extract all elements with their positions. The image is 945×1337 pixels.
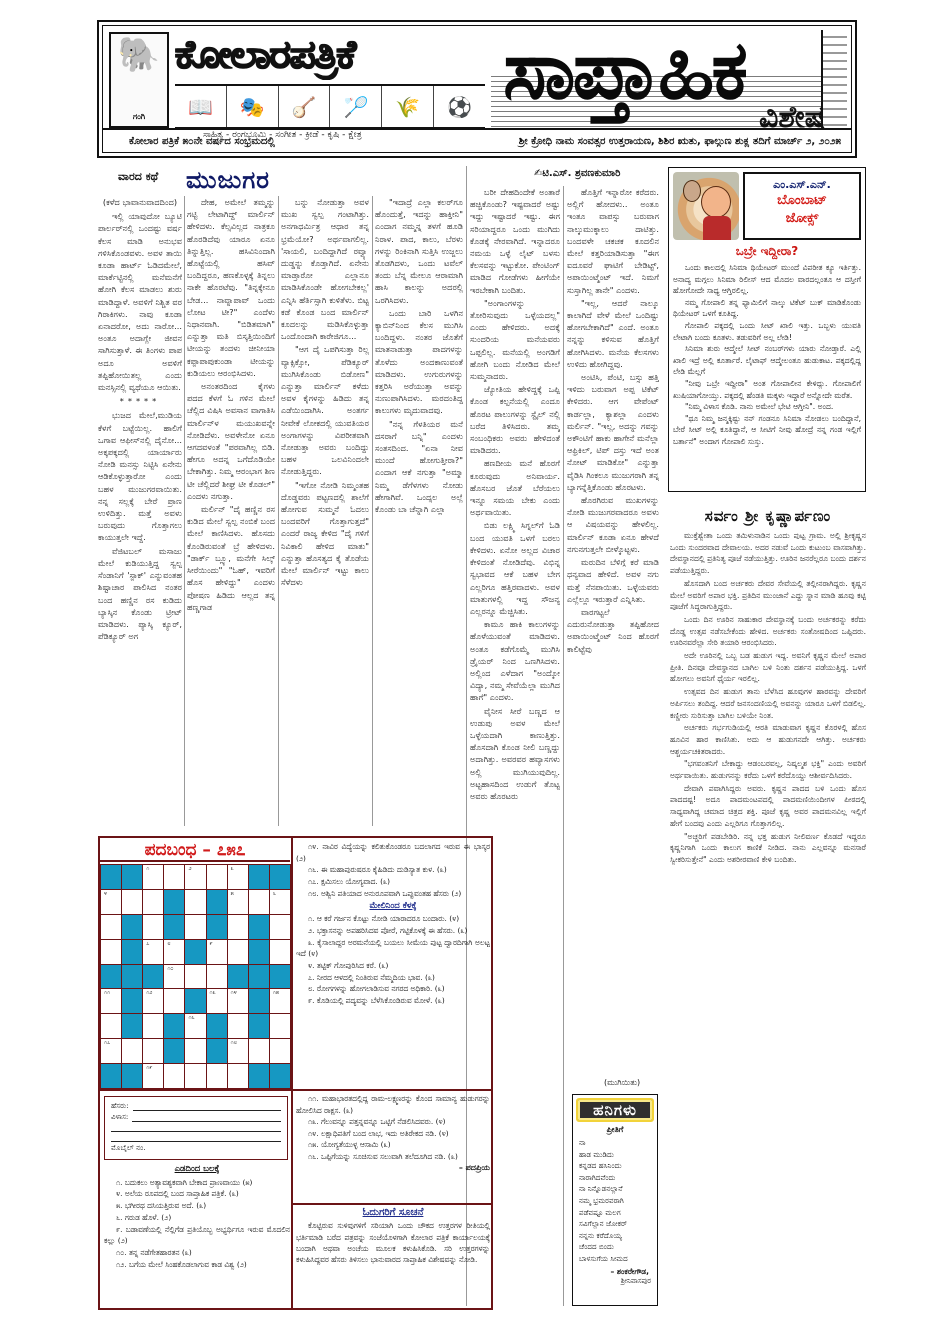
clue-number: ೧೬ bbox=[188, 1015, 194, 1022]
clue-number: ೧೧ bbox=[104, 990, 110, 997]
name-label: ಹೆಸರು: bbox=[111, 1100, 129, 1111]
crossword-block-cell bbox=[249, 1014, 270, 1039]
crossword-block-cell bbox=[164, 1039, 185, 1064]
clue-down: ೧೬. ಒಪ್ಪಿಗೆಯನ್ನು ಸೂಚಿಸುವ ಸಲುವಾಗಿ ತಲೆದೂಗಿ… bbox=[296, 1151, 490, 1163]
paragraph: ಬನ್ನು ನೋಡುತ್ತಾ ಅವಳ ಮುಖ ಸ್ವಲ್ಪ ಗಂಟಾಗಿತ್ತು… bbox=[281, 196, 369, 342]
poem-line: ಪಡೆವಷ್ಟೂ ಮಲಗ bbox=[579, 1207, 651, 1219]
crossword-cell[interactable] bbox=[270, 915, 291, 940]
story-byline: ✍ಟಿ.ಎಸ್. ಶ್ರವಣಕುಮಾರಿ bbox=[534, 168, 620, 179]
crossword-cell[interactable]: ೮ bbox=[164, 940, 185, 965]
crossword-block-cell bbox=[101, 865, 122, 890]
clue-across: ೧೬. ಈ ಮಹಾಪುರುಷರೂ ಕೈಹಿಡಿದು ದುಡಿಸ್ಯಾತ ಕುಳ.… bbox=[296, 864, 490, 876]
caricature-image bbox=[673, 172, 739, 240]
clue-across: ೧. ಬದುಕಲು ಅತ್ಯಾವಶ್ಯಕವಾಗಿ ಬೇಕಾದ ಪ್ರಾಣವಾಯು… bbox=[104, 1177, 290, 1189]
clue-down: ೩. ಕೈಸಾಲಾದ್ದರ ಅರಮನೆಯಲ್ಲಿ ಬಯಲು ಸೀಮೆಯ ಪುಟ್… bbox=[296, 937, 490, 960]
paragraph: "ಅಚ್ಚರಿಗೆ ಪಡಬೇಡಿರಿ. ನನ್ನ ಭಕ್ತ ಹುಡುಗ ನೀಲಿ… bbox=[670, 831, 866, 866]
masthead: 🐘 ಗಂಗಿ ಕೋಲಾರಪತ್ರಿಕೆ 📖 🎭 🪕 🏸 🌾 ⚽ ಸಾಹಿತ್ಯ … bbox=[97, 20, 857, 158]
crossword-cell[interactable] bbox=[164, 989, 185, 1014]
crossword-cell[interactable] bbox=[164, 1064, 185, 1089]
crossword-cell[interactable] bbox=[207, 965, 228, 990]
crossword-cell[interactable] bbox=[270, 940, 291, 965]
crossword-cell[interactable] bbox=[207, 865, 228, 890]
clue-number: ೧೦ bbox=[167, 966, 173, 973]
translator-note: (ಕಳೆದ ಭಾವಾನುವಾದದಿಂದ) bbox=[98, 196, 182, 208]
elephant-logo: 🐘 ಗಂಗಿ bbox=[109, 32, 169, 128]
crossword-cell[interactable] bbox=[228, 940, 249, 965]
paragraph: ಹೊರಗಿರುವ ಮುಖಗಳನ್ನು ನೋಡಿ ಮುಜುಗರವಾದರೂ ಅವಳು… bbox=[567, 494, 659, 555]
crossword-cell[interactable]: ೧೮ bbox=[228, 1039, 249, 1064]
crossword-cell[interactable]: ೫ bbox=[228, 890, 249, 915]
crossword-cell[interactable] bbox=[228, 1014, 249, 1039]
clue-number: ೩ bbox=[231, 866, 234, 873]
crossword-cell[interactable] bbox=[143, 915, 164, 940]
theatre-masks-icon: 🎭 bbox=[227, 86, 279, 127]
crossword-block-cell bbox=[249, 865, 270, 890]
paragraph: "ಅಂಗಾಂಗಳನ್ನು ತೋರಿಸುವುದು ಒಳ್ಳೆಯದಲ್ಲ" ಎಂದು… bbox=[470, 297, 560, 382]
crossword-block-cell bbox=[164, 890, 185, 915]
clue-down: ೧೪. ಲಕ್ಷಾಧಿಪತಿಗೆ ಬಂದ ಲಾಭ, ಇದು ಅತಿರೇಕದ ನಡ… bbox=[296, 1128, 490, 1140]
crossword-lower-divider bbox=[291, 1091, 293, 1308]
jokes-column-name: ಬೊಂಬಾಟ್ bbox=[745, 192, 859, 210]
poem-heading: ಹನಿಗಳು bbox=[576, 1098, 654, 1122]
section-label: ವಾರದ ಕಥೆ bbox=[118, 170, 158, 184]
clue-down: ೨. ಭಕ್ತಾಸನನ್ನು ಅಪಹರಿಸಿದವ ಪೋರೆ, ಗಟ್ಟಿಕೊಳಕ… bbox=[296, 925, 490, 937]
crossword-cell[interactable]: ೨ bbox=[185, 865, 206, 890]
crossword-block-cell bbox=[249, 965, 270, 990]
crossword-grid[interactable]: ೧೨೩೪೫೬೭೮೯೧೦೧೧೧೨೧೩೧೪೧೫೧೬೧೭೧೮೧೯ bbox=[100, 864, 291, 1089]
crossword-cell[interactable] bbox=[270, 1014, 291, 1039]
clue-across: ೧೮. ಅಶ್ವಿನಿ ಪತಿಯಾದ ಅನುರೂಪವಾಗಿ ಒಪ್ಪುವಂತಹ … bbox=[296, 888, 490, 900]
crossword-cell[interactable] bbox=[185, 915, 206, 940]
paragraph: ಮರ್ಲಿನ್ "ದೈ ಹಣ್ಣಿನ ರಸ ಕುಡಿದ ಮೇಲೆ ಸ್ವಲ್ಪ … bbox=[187, 503, 275, 613]
jokes-title-box: ಎಂ.ಎಸ್.ಎನ್. ಬೊಂಬಾಟ್ ಜೋಕ್ಸ್ bbox=[743, 172, 861, 240]
column-rule bbox=[372, 196, 373, 826]
crossword-block-cell bbox=[249, 1064, 270, 1089]
paragraph: ಗೋಪಾಲಿ ಪಕ್ಕದಲ್ಲಿ ಒಂದು ಸೀಟ್ ಖಾಲಿ ಇತ್ತು. ಒ… bbox=[673, 320, 861, 343]
crossword-clues-across: ಎಡದಿಂದ ಬಲಕ್ಕೆ ೧. ಬದುಕಲು ಅತ್ಯಾವಶ್ಯಕವಾಗಿ ಬ… bbox=[104, 1163, 290, 1306]
clue-across: ೧೭. ಕ್ಷಮಿಸಲು ಯೋಗ್ಯವಾದ. (೩) bbox=[296, 876, 490, 888]
notice-text: ಕೊಟ್ಟಿರುವ ಸುಳಿವುಗಳಿಗೆ ಸರಿಯಾಗಿ ಒಂದು ಚೌಕದ … bbox=[296, 1220, 490, 1265]
jokes-author: ಎಂ.ಎಸ್.ಎನ್. bbox=[745, 178, 859, 192]
caricature-face-back bbox=[683, 180, 701, 202]
paragraph: "ಇದಾದ್ರೆ ಎಲ್ಲಾ ಕಲರ್‌ಗೂ ಹೊಂದುತ್ತೆ, ಇದನ್ನು… bbox=[375, 196, 463, 306]
clue-across: ೧೨. ಬಗೆಯ ಮೇಲೆ ಸಿಂಹಕೊಡಲಾಗುವ ಕಾಡ ವಿಶ್ವ (೨) bbox=[104, 1259, 290, 1271]
crossword-block-cell bbox=[122, 989, 143, 1014]
clue-number: ೧೮ bbox=[231, 1040, 237, 1047]
masthead-frame: 🐘 ಗಂಗಿ ಕೋಲಾರಪತ್ರಿಕೆ 📖 🎭 🪕 🏸 🌾 ⚽ ಸಾಹಿತ್ಯ … bbox=[102, 25, 852, 153]
poem-line: ನಮ್ಮ ಭ್ರಮರವರಾಗಿ bbox=[579, 1195, 651, 1207]
name-input-line[interactable] bbox=[133, 1103, 281, 1111]
clue-down: ೭. ನೀರದ ಆಳದಲ್ಲಿ ನಿಂತಿರುವ ನೆಮ್ಮದಿಯ ಭಾವ. (… bbox=[296, 972, 490, 984]
paragraph: ಹಣದೀಯ ಮನೆ ಹೊರಗೆ ಕೂರುವುದು ಅನಿವಾರ್ಯ. ಹೊಸಬರ… bbox=[470, 457, 560, 518]
clue-number: ೧ bbox=[146, 866, 149, 873]
crossword-block-cell bbox=[270, 865, 291, 890]
crossword-cell[interactable] bbox=[164, 865, 185, 890]
crossword-cell[interactable]: ೧೩ bbox=[207, 989, 228, 1014]
crossword-cell[interactable]: ೬ bbox=[270, 890, 291, 915]
address-input-line-2[interactable] bbox=[111, 1122, 281, 1132]
crossword-block-cell bbox=[122, 1064, 143, 1089]
paragraph: ಒಂದು ಬಾರಿ ಒಳಗಿನ ಕ್ಯಾಬಿನ್‌ನಿಂದ ಕೆಲಸ ಮುಗಿಸ… bbox=[375, 307, 463, 417]
crossword-block-cell bbox=[249, 915, 270, 940]
crossword-block-cell bbox=[122, 1014, 143, 1039]
paragraph: ವೆಜಿಟಬಲ್ ಮಸಾಜು ಮೇಲೆ ಕುಡಿಯುತ್ತಿದ್ದ ಸ್ವಲ್ಪ… bbox=[98, 545, 182, 643]
crossword-block-cell bbox=[122, 940, 143, 965]
jokes-column-name-2: ಜೋಕ್ಸ್ bbox=[745, 210, 859, 228]
crossword-block-cell bbox=[207, 1014, 228, 1039]
poem-line: ನಾ bbox=[579, 1137, 651, 1149]
crossword-block-cell bbox=[207, 1039, 228, 1064]
notice-title: ಓದುಗರಿಗೆ ಸೂಚನೆ bbox=[296, 1207, 490, 1218]
crossword-cell[interactable] bbox=[207, 1064, 228, 1089]
clue-down: ೯. ಕೊಡಿಯಲ್ಲಿ ಪದ್ಯವನ್ನು ಬೆಳೆಸಿಕೊಂಡಿರುವ ಮೋ… bbox=[296, 995, 490, 1007]
paragraph: ಜ್ಯೋತಿಯ ಹೇಳಿದ್ದಕ್ಕೆ ಒಪ್ಪಿ ಕೊಂಡ ಕಲ್ಪನೆಯಲ್… bbox=[470, 383, 560, 456]
clue-across: ೯. ಬಡಾವಣೆಯಲ್ಲಿ ನೆಲ್ಲಿಗೆಡ ಪ್ರತಿಯೊಬ್ಬ ಅಭ್ಯ… bbox=[104, 1224, 290, 1247]
clue-down: ೧೩. ಗೆಲುವನ್ನೂ ಪತ್ತನ್ನವನ್ನೂ ಒಟ್ಟಿಗೆ ನೆಡಲಿ… bbox=[296, 1116, 490, 1128]
name-field[interactable]: ಹೆಸರು: bbox=[111, 1100, 281, 1111]
crossword-cell[interactable]: ೧೬ bbox=[185, 1014, 206, 1039]
crossword-block-cell bbox=[207, 890, 228, 915]
paragraph: "ಆಗ ದೈ ಒಪಗಿಸುತ್ತಾ ರಿಲ್ಲ ವ್ಯಾಕ್ಸಿಕ್ಸೋ, ಪೆ… bbox=[281, 343, 369, 477]
caricature-face-front bbox=[701, 186, 731, 218]
paragraph: ದೇಹ, ಅಮೇಲೆ ತಮ್ಮನ್ನು ಗಟ್ಟಿ ಲೇಟಾಗಿದ್ದ್ ಮಾರ… bbox=[187, 196, 275, 379]
joke-body: ಒಂದು ಕಾಲದಲ್ಲಿ ಸಿನಿಮಾ ಥಿಯೇಟರ್ ಮುಂದೆ ವಿಪರೀ… bbox=[673, 262, 861, 487]
paragraph: "ನೀವು ಒಬ್ರೇ ಇದ್ದೀರಾ" ಅಂತ ಗೋಪಾಲೀನ ಕೇಳಿದ್ಲ… bbox=[673, 378, 861, 401]
paragraph: ಇಲ್ಲಿ ಯಾವುದೋ ಬ್ಯೂಟಿ ಪಾರ್ಲರ್‌ನಲ್ಲಿ ಒಂದಷ್ಟ… bbox=[98, 210, 182, 393]
crossword-author: – ಪದಪ್ರಿಯ bbox=[296, 1162, 490, 1174]
poem-line: ಕನ್ನಡದ ಹಸಿನಿಂದು bbox=[579, 1160, 651, 1172]
clue-number: ೧೨ bbox=[146, 990, 152, 997]
paragraph: ಹೊತ್ತಿಗೆ ಇನ್ನಾರೋ ಕರೆದರು. ಅಲ್ಲಿಗೆ ಹೋದಳು..… bbox=[567, 186, 659, 296]
address-input-line-3[interactable] bbox=[111, 1132, 281, 1142]
crossword-cell[interactable]: ೧೭ bbox=[101, 1039, 122, 1064]
address-input-line[interactable] bbox=[132, 1114, 281, 1122]
address-field[interactable]: ವಿಳಾಸ: bbox=[111, 1111, 281, 1122]
krishna-article-title: ಸರ್ವಂ ಶ್ರೀ ಕೃಷ್ಣಾರ್ಪಣಂ bbox=[670, 507, 866, 525]
clue-across: ೪. ಅಲೆಯ ರೂಪದಲ್ಲಿ ಬಂದ ಸಾಪ್ತಾಹಿಕ ಪತ್ರಿಕೆ. … bbox=[104, 1188, 290, 1200]
crossword-block-cell bbox=[270, 965, 291, 990]
paragraph: ಅಂಟಿಸಿ, ಪೆಂಟಿ, ಬಸ್ಸು ಹತ್ತಿ ಇಳಿದು ಬರುವಾಗ … bbox=[567, 371, 659, 493]
crossword-cell[interactable]: ೧೫ bbox=[270, 989, 291, 1014]
crossword-cell[interactable] bbox=[143, 1014, 164, 1039]
clue-number: ೧೫ bbox=[273, 990, 279, 997]
crossword-clues-down-continued: ೧೧. ಮಹಾಭಾರತದಲ್ಲಿದ್ದ ರಾಮ-ಲಕ್ಷ್ಮಣರನ್ನು ಕೊಂ… bbox=[296, 1093, 490, 1205]
scroll-ornament bbox=[821, 30, 847, 126]
crossword-block-cell bbox=[207, 915, 228, 940]
poem-author: – ಶಂಕರೇಗೌಡ, bbox=[573, 1267, 657, 1277]
paragraph: ಭುಜದ ಮೇಲೆ,ಮುಡಿಯ ಕೆಳಗೆ ಬಟ್ಟೆಯಿಲ್ಲ. ಹಾಲಿಗೆ… bbox=[98, 409, 182, 543]
crossword-cell[interactable] bbox=[143, 890, 164, 915]
column-rule bbox=[278, 196, 279, 826]
crossword-cell[interactable]: ೧೯ bbox=[143, 1064, 164, 1089]
crossword-cell[interactable]: ೩ bbox=[228, 865, 249, 890]
column-rule bbox=[184, 196, 185, 826]
crossword-mid-rule bbox=[100, 1089, 491, 1091]
clue-number: ೬ bbox=[273, 891, 276, 898]
crossword-block-cell bbox=[143, 965, 164, 990]
crossword-cell[interactable] bbox=[101, 915, 122, 940]
poem-line: ಹಾಡ ಮುಡಿದು bbox=[579, 1149, 651, 1161]
paragraph: "ಥೂ ನಿಮ್ಮ ಜನ್ಮಕ್ಕಿಷ್ಟು ನನ್ ಗಂಡನೂ ಸಿನಿಮಾ … bbox=[673, 413, 861, 448]
story-column-1: (ಕಳೆದ ಭಾವಾನುವಾದದಿಂದ) ಇಲ್ಲಿ ಯಾವುದೋ ಬ್ಯೂಟಿ… bbox=[98, 196, 182, 828]
clue-down: ೪. ತಟ್ಟಿಕ್ ಗೋಪುರಿಸಿದ ಕರೆ. (೩) bbox=[296, 960, 490, 972]
mobile-label: ಮೊಬೈಲ್ ನಂ. bbox=[111, 1142, 281, 1153]
crossword-cell[interactable]: ೧೨ bbox=[143, 989, 164, 1014]
clue-number: ೨ bbox=[188, 866, 191, 873]
crossword-cell[interactable]: ೯ bbox=[207, 940, 228, 965]
crossword-cell[interactable]: ೪ bbox=[101, 890, 122, 915]
crossword-cell[interactable]: ೧೧ bbox=[101, 989, 122, 1014]
crossword-block-cell bbox=[101, 965, 122, 990]
paragraph: ನಮ್ಮ ಗೋಪಾಲಿ ತನ್ನ ಫ್ಯಾಮಿಲಿಗೆ ನಾಲ್ಕು ಟಿಕೆಟ… bbox=[673, 297, 861, 320]
paragraph: ಅದೇ ಊರಿನಲ್ಲಿ ಒಬ್ಬ ಬಡ ಹುಡುಗ ಇದ್ದ. ಅವನಿಗೆ … bbox=[670, 650, 866, 685]
clue-number: ೧೭ bbox=[104, 1040, 110, 1047]
paragraph: ಅನಂತರದಿಂದ ಕೈಗಳು ಪದದ ಕೆಳಗೆ ಓ ಗಳಿನ ಮೇಲೆ ಚೆ… bbox=[187, 380, 275, 502]
clue-across: ೧೪. ನಾವಿರ ವಿದ್ಯೆಯನ್ನು ಕಲಿತುಕೊಂಡರೂ ಬದಲಾಗದ… bbox=[296, 841, 490, 864]
music-instrument-icon: 🪕 bbox=[279, 86, 331, 127]
clue-number: ೮ bbox=[167, 941, 170, 948]
poem-place: ಶ್ರೀನಿವಾಸಪುರ bbox=[573, 1277, 657, 1286]
paragraph: ಹೊಸದಾಗಿ ಬಂದ ಅರ್ಚಕರು ದೇವರ ಸೇವೆಯಲ್ಲಿ ತಲ್ಲೀ… bbox=[670, 578, 866, 613]
poem-line: ಬಾಳಸುಗೆಯ ಸೀಮದ bbox=[579, 1253, 651, 1265]
clue-number: ೧೩ bbox=[210, 990, 216, 997]
crossword-cell[interactable] bbox=[228, 915, 249, 940]
crossword-cell[interactable]: ೧ bbox=[143, 865, 164, 890]
poem-line: ನಾ ನಿನ್ನೊಡನಲ್ಲಾನೆ bbox=[579, 1183, 651, 1195]
paragraph: ವಾರಗಟ್ಟಲೆ ಎದುರುನೋಡುತ್ತಾ ತಪ್ಪಿಹೋದ ಅಪಾಯಿಂಟ… bbox=[567, 606, 659, 655]
crossword-cell[interactable] bbox=[249, 890, 270, 915]
paragraph: ಸಿನಿಮಾ ಶುರು ಆದ್ಮೇಲೆ ಸೀಟ್ ನಂಬರ್‌ಗಳು ಯಾರು … bbox=[673, 343, 861, 378]
poem-line: ಚೆಂದದ ಬಿಂದು bbox=[579, 1241, 651, 1253]
paragraph: ಮುಕ್ತೆಶ್ವೇತಾ ಒಂದು ತಮಿಳುನಾಡಿನ ಒಂದು ಪುಟ್ಟ … bbox=[670, 530, 866, 577]
crossword-cell[interactable] bbox=[228, 1064, 249, 1089]
paragraph: ವೈನೀಸ ಸೀರೆ ಬಣ್ಣದ ಆ ಉಡುಪು ಅವಳ ಮೇಲೆ ಒಳ್ಳೆಯ… bbox=[470, 705, 560, 803]
story-column-3: ಬನ್ನು ನೋಡುತ್ತಾ ಅವಳ ಮುಖ ಸ್ವಲ್ಪ ಗಂಟಾಗಿತ್ತು… bbox=[281, 196, 369, 828]
poem-body: ನಾ ಹಾಡ ಮುಡಿದು ಕನ್ನಡದ ಹಸಿನಿಂದು ನಾರಾಗಿದವೆಂ… bbox=[573, 1135, 657, 1267]
clue-across: ೬. ಗರುಡ ಹೊಳೆ. (೨) bbox=[104, 1212, 290, 1224]
supplement-title-main: ಸಾಪ್ತಾಹಿಕ bbox=[503, 22, 745, 119]
crossword-cell[interactable] bbox=[185, 1039, 206, 1064]
logo-caption: ಗಂಗಿ bbox=[133, 112, 145, 122]
crossword-cell[interactable] bbox=[122, 890, 143, 915]
agriculture-icon: 🌾 bbox=[382, 86, 434, 127]
paragraph: "ಭಗವಂತನಿಗೆ ಬೇಕಾದ್ದು ಆಡಂಬರವಲ್ಲ, ನಿಷ್ಕಲ್ಮಶ… bbox=[670, 758, 866, 781]
crossword-block-cell bbox=[249, 940, 270, 965]
krishna-article-body: ಮುಕ್ತೆಶ್ವೇತಾ ಒಂದು ತಮಿಳುನಾಡಿನ ಒಂದು ಪುಟ್ಟ … bbox=[670, 530, 866, 1306]
poem-line: ನನ್ನನು ಕರೆದೊಯ್ಯ bbox=[579, 1230, 651, 1242]
caricature-body bbox=[703, 216, 731, 240]
clue-across: ೧೦. ತನ್ನ ನಡೆಗೇತಹಾರತನ (೩) bbox=[104, 1247, 290, 1259]
paragraph: ಬರೀ ದೇಹದಿಂದೇಕೆ ಅಂತಾರೆ ಹಚ್ಚಿಕೊಂಡು? ಇಷ್ಟವಾ… bbox=[470, 186, 560, 296]
crossword-title: ಪದಬಂಧ – ೭೫೭ bbox=[100, 838, 290, 862]
paragraph: ಒಂದು ಕಾಲದಲ್ಲಿ ಸಿನಿಮಾ ಥಿಯೇಟರ್ ಮುಂದೆ ವಿಪರೀ… bbox=[673, 262, 861, 297]
crossword-block-cell bbox=[185, 940, 206, 965]
sports-racket-icon: 🏸 bbox=[330, 86, 382, 127]
clue-down: ೧೫. ಯೋಗ್ಯತೆಯುಳ್ಳ ಆಸಾಮಿ (೩) bbox=[296, 1139, 490, 1151]
crossword-cell[interactable] bbox=[249, 1039, 270, 1064]
crossword-block-cell bbox=[164, 1014, 185, 1039]
date-line: ಶ್ರೀ ಕ್ರೋಧಿ ನಾಮ ಸಂವತ್ಸರ ಉತ್ತರಾಯಣ, ಶಿಶಿರ … bbox=[519, 136, 841, 147]
clue-across: ೫. ಭಗೀರಥ ದಸಿಯತ್ತಿರುವ ಅದೆ. (೩) bbox=[104, 1200, 290, 1212]
poem-line: ನಾರಾಗಿದವೆಂದು bbox=[579, 1172, 651, 1184]
paragraph: "ಇಗೋ ನೋಡಿ ನಿಮ್ಮಂತಹ ದೊಡ್ಡವರು ಪಟ್ಟಣದಲ್ಲಿ ಶ… bbox=[281, 479, 369, 589]
crossword-divider bbox=[291, 838, 293, 1089]
clue-number: ೯ bbox=[210, 941, 213, 948]
clue-down: ೮. ರೋಗಗಳನ್ನು ಹೋಗಲಾಡಿಸುವ ನಗರದ ಅಧಿಕಾರಿ. (೩… bbox=[296, 983, 490, 995]
story-end-marker: (ಮುಗಿಯಿತು) bbox=[604, 1078, 640, 1088]
crossword-block-cell bbox=[122, 865, 143, 890]
clue-number: ೧೪ bbox=[231, 990, 237, 997]
story-column-6: ಹೊತ್ತಿಗೆ ಇನ್ನಾರೋ ಕರೆದರು. ಅಲ್ಲಿಗೆ ಹೋದಳು..… bbox=[567, 186, 659, 1074]
clue-number: ೪ bbox=[104, 891, 107, 898]
story-column-4: "ಇದಾದ್ರೆ ಎಲ್ಲಾ ಕಲರ್‌ಗೂ ಹೊಂದುತ್ತೆ, ಇದನ್ನು… bbox=[375, 196, 463, 828]
crossword-block-cell bbox=[101, 1064, 122, 1089]
crossword-block-cell bbox=[185, 989, 206, 1014]
crossword-clues-top-right: ೧೪. ನಾವಿರ ವಿದ್ಯೆಯನ್ನು ಕಲಿತುಕೊಂಡರೂ ಬದಲಾಗದ… bbox=[296, 841, 490, 1089]
column-rule bbox=[563, 186, 564, 1306]
paragraph: ದೇವಾಗಿ ಪವಾಗಿಸಿದ್ದರು ಅವರು. ಕೃಷ್ಣನ ಪಾದದ ಬಳ… bbox=[670, 783, 866, 830]
crossword-cell[interactable]: ೧೪ bbox=[228, 989, 249, 1014]
readers-notice: ಓದುಗರಿಗೆ ಸೂಚನೆ ಕೊಟ್ಟಿರುವ ಸುಳಿವುಗಳಿಗೆ ಸರಿ… bbox=[296, 1207, 490, 1305]
story-headline: ಮುಜುಗರ bbox=[186, 166, 270, 194]
paragraph: "ನನ್ನ ಗೆಳತಿಯರ ಮನೆ ದಸರಾಗೆ ಬನ್ನಿ" ಎಂದಳು ಸಂ… bbox=[375, 418, 463, 516]
bombat-jokes-box: ಎಂ.ಎಸ್.ಎನ್. ಬೊಂಬಾಟ್ ಜೋಕ್ಸ್ ಒಬ್ರೇ ಇದ್ದೀರಾ… bbox=[668, 167, 866, 492]
crossword-block-cell bbox=[122, 915, 143, 940]
section-divider-stars: ***** bbox=[98, 395, 182, 407]
story-column-2: ದೇಹ, ಅಮೇಲೆ ತಮ್ಮನ್ನು ಗಟ್ಟಿ ಲೇಟಾಗಿದ್ದ್ ಮಾರ… bbox=[187, 196, 275, 828]
across-heading: ಎಡದಿಂದ ಬಲಕ್ಕೆ bbox=[104, 1164, 290, 1176]
anniversary-line: ಕೋಲಾರ ಪತ್ರಿಕೆ ೫೦ನೇ ವರ್ಷದ ಸಂಭ್ರಮದಲ್ಲಿ bbox=[129, 136, 275, 147]
poem-dedication: ಪ್ರೀತಿಗೆ bbox=[573, 1125, 657, 1135]
crossword-block-cell bbox=[270, 1064, 291, 1089]
crossword-block-cell bbox=[122, 965, 143, 990]
paper-name: ಕೋಲಾರಪತ್ರಿಕೆ bbox=[175, 30, 485, 80]
paragraph: ಅರ್ಚಕರು ಗರ್ಭಗುಡಿಯಲ್ಲಿ ಆರತಿ ಮಾಡುವಾಗ ಕೃಷ್ಣ… bbox=[670, 722, 866, 757]
crossword-cell[interactable] bbox=[270, 1039, 291, 1064]
clue-down: ೧. ಆ ಕರೆ ಗರ್ಜನ ಕೊಟ್ಟು ನೋಡಿ ಯಾರಾದರೂ ಬಂದಾರ… bbox=[296, 913, 490, 925]
notice-rule bbox=[293, 1203, 491, 1205]
paragraph: ಬಿಡು ಲಕ್ಷ್ಮಿ ಸಿಗ್ನಲ್‌ಗೆ ಓಡಿ ಬಂದ ಯುವತಿ ಒಳ… bbox=[470, 519, 560, 617]
crossword-cell[interactable] bbox=[101, 1014, 122, 1039]
paragraph: ಒಂದು ದಿನ ಊರಿನ ಸಾಹುಕಾರ ದೇವಸ್ಥಾನಕ್ಕೆ ಬಂದು … bbox=[670, 614, 866, 649]
masthead-info-bar: ಕೋಲಾರ ಪತ್ರಿಕೆ ೫೦ನೇ ವರ್ಷದ ಸಂಭ್ರಮದಲ್ಲಿ ಶ್ರ… bbox=[103, 128, 851, 152]
crossword-block-cell bbox=[249, 989, 270, 1014]
crossword-cell[interactable] bbox=[122, 1039, 143, 1064]
crossword-cell[interactable] bbox=[101, 940, 122, 965]
down-heading: ಮೇಲಿನಿಂದ ಕೆಳಕ್ಕೆ bbox=[296, 901, 490, 913]
crossword-cell[interactable] bbox=[143, 1039, 164, 1064]
paragraph: ಉತ್ಸವದ ದಿನ ಹುಡುಗ ತಾನು ಬೆಳೆಸಿದ ಹೂವುಗಳ ಹಾರ… bbox=[670, 686, 866, 721]
joke-title: ಒಬ್ರೇ ಇದ್ದೀರಾ? bbox=[669, 244, 865, 259]
paragraph: "ಇಲ್ಲ, ಆದರೆ ನಾಲ್ಕೂ ಕಾಲಾಗಿದೆ ವೇಳೆ ಮೇಲೆ ಒಂ… bbox=[567, 297, 659, 370]
paragraph: ಮರುದಿನ ಬೆಳಿಗ್ಗೆ ಕರೆ ಮಾಡಿ ಧನ್ಯವಾದ ಹೇಳಿದೆ.… bbox=[567, 556, 659, 605]
clue-number: ೭ bbox=[146, 941, 149, 948]
crossword-cell[interactable] bbox=[185, 890, 206, 915]
crossword-cell[interactable] bbox=[185, 965, 206, 990]
crossword-block-cell bbox=[164, 915, 185, 940]
crossword-cell[interactable]: ೭ bbox=[143, 940, 164, 965]
hanigalu-poem-box: ಹನಿಗಳು ಪ್ರೀತಿಗೆ ನಾ ಹಾಡ ಮುಡಿದು ಕನ್ನಡದ ಹಸಿ… bbox=[572, 1094, 658, 1306]
address-label: ವಿಳಾಸ: bbox=[111, 1111, 128, 1122]
clue-number: ೧೯ bbox=[146, 1065, 152, 1072]
poem-line: ಸವಿಗೆಲ್ಲಾನ ಜೋಕರ್ bbox=[579, 1218, 651, 1230]
clue-down: ೧೧. ಮಹಾಭಾರತದಲ್ಲಿದ್ದ ರಾಮ-ಲಕ್ಷ್ಮಣರನ್ನು ಕೊಂ… bbox=[296, 1093, 490, 1116]
crossword-block-cell bbox=[228, 965, 249, 990]
paragraph: ಕಾಮೂ ಹಾಕಿ ಕಾಲುಗಳನ್ನು ಹೊಳೆಯುವಂತೆ ಮಾಡಿದಳು.… bbox=[470, 618, 560, 703]
supplement-title: ಸಾಪ್ತಾಹಿಕ ವಿಶೇಷ bbox=[493, 22, 853, 132]
clue-number: ೫ bbox=[231, 891, 234, 898]
crossword-cell[interactable] bbox=[185, 1064, 206, 1089]
book-plant-icon: 📖 bbox=[175, 86, 227, 127]
factory-ball-icon: ⚽ bbox=[434, 86, 485, 127]
elephant-icon: 🐘 bbox=[118, 38, 160, 72]
arts-illustration-strip: 📖 🎭 🪕 🏸 🌾 ⚽ bbox=[175, 84, 485, 128]
crossword-cell[interactable]: ೧೦ bbox=[164, 965, 185, 990]
paragraph: "ನಿಮ್ಮ ವಿಳಾಸ ಕೊಡಿ. ನಾನು ಅಮೇಲೆ ಭೇಟಿ ಆಗ್ತೀ… bbox=[673, 401, 861, 413]
entry-form: ಹೆಸರು: ವಿಳಾಸ: ಮೊಬೈಲ್ ನಂ. bbox=[104, 1096, 288, 1160]
